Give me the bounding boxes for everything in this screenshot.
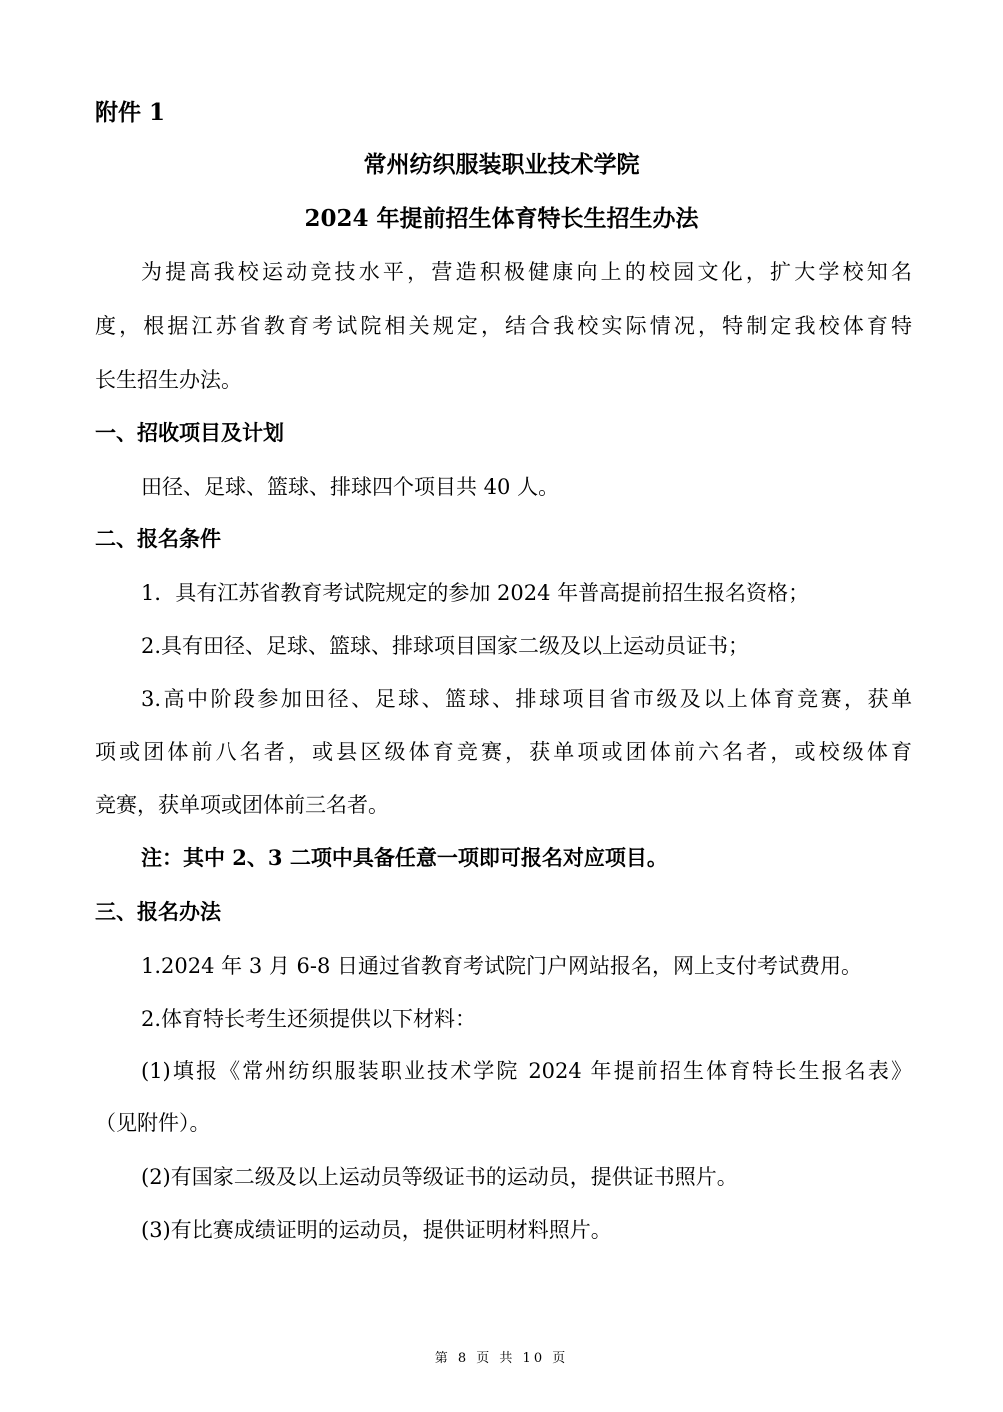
section-2-item-3-line-1: 3.高中阶段参加田径、足球、篮球、排球项目省市级及以上体育竞赛，获单 — [141, 684, 912, 714]
intro-line-1: 为提高我校运动竞技水平，营造积极健康向上的校园文化，扩大学校知名 — [141, 257, 912, 287]
section-3-sub-1-line-2: （见附件）。 — [95, 1108, 211, 1138]
section-2-item-3-line-2: 项或团体前八名者，或县区级体育竞赛，获单项或团体前六名者，或校级体育 — [95, 737, 912, 767]
title-institution: 常州纺织服装职业技术学院 — [0, 150, 1003, 180]
section-2-item-3-line-3: 竞赛，获单项或团体前三名者。 — [95, 790, 389, 820]
page-number-footer: 第 8 页 共 10 页 — [0, 1347, 1003, 1366]
section-3-sub-1-line-1: (1)填报《常州纺织服装职业技术学院 2024 年提前招生体育特长生报名表》 — [141, 1056, 912, 1086]
section-3-heading: 三、报名办法 — [95, 897, 221, 927]
section-3-sub-3: (3)有比赛成绩证明的运动员，提供证明材料照片。 — [141, 1215, 612, 1245]
section-2-item-2: 2.具有田径、足球、篮球、排球项目国家二级及以上运动员证书； — [141, 631, 749, 661]
section-2-note: 注：其中 2、3 二项中具备任意一项即可报名对应项目。 — [141, 843, 668, 873]
section-3-item-2: 2.体育特长考生还须提供以下材料： — [141, 1004, 476, 1034]
section-1-paragraph: 田径、足球、篮球、排球四个项目共 40 人。 — [141, 472, 559, 502]
title-document: 2024 年提前招生体育特长生招生办法 — [0, 204, 1003, 234]
section-2-item-1: 1．具有江苏省教育考试院规定的参加 2024 年普高提前招生报名资格； — [141, 578, 809, 608]
section-2-heading: 二、报名条件 — [95, 524, 221, 554]
intro-line-2: 度，根据江苏省教育考试院相关规定，结合我校实际情况，特制定我校体育特 — [95, 311, 912, 341]
section-3-item-1: 1.2024 年 3 月 6-8 日通过省教育考试院门户网站报名，网上支付考试费… — [141, 951, 862, 981]
section-1-heading: 一、招收项目及计划 — [95, 418, 284, 448]
intro-line-3: 长生招生办法。 — [95, 365, 242, 395]
section-3-sub-2: (2)有国家二级及以上运动员等级证书的运动员，提供证书照片。 — [141, 1162, 738, 1192]
attachment-label: 附件 1 — [95, 98, 165, 128]
